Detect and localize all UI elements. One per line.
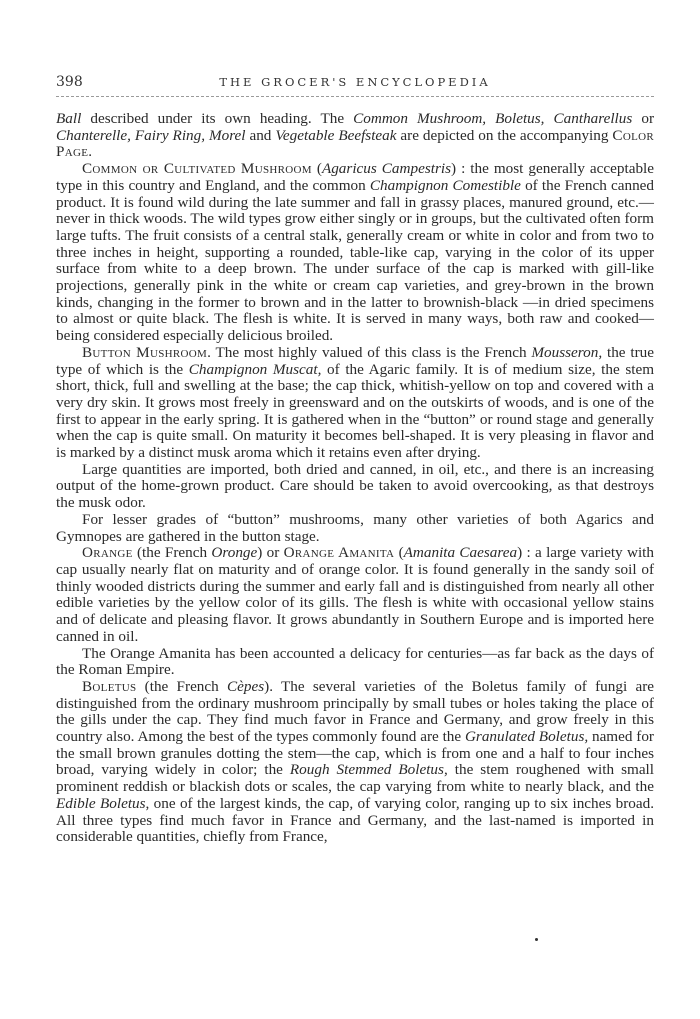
italic-term: Amanita Caesarea [404, 544, 517, 561]
italic-term: Cèpes [227, 678, 264, 695]
body-text: Ball described under its own heading. Th… [56, 111, 654, 846]
italic-term: Ball [56, 110, 81, 127]
entry-heading: Orange [82, 544, 133, 561]
running-title: THE GROCER'S ENCYCLOPEDIA [116, 75, 654, 89]
paragraph: Ball described under its own heading. Th… [56, 111, 654, 161]
paragraph: Orange (the French Oronge) or Orange Ama… [56, 545, 654, 645]
entry-heading: Orange Amanita [284, 544, 395, 561]
paragraph: For lesser grades of “button” mushrooms,… [56, 512, 654, 545]
italic-term: Oronge [211, 544, 257, 561]
entry-heading: Button Mushroom [82, 344, 207, 361]
italic-term: Champignon Muscat, [189, 361, 322, 378]
page-number: 398 [56, 74, 116, 90]
italic-term: Champignon Comestible [370, 177, 521, 194]
italic-term: Mousseron, [531, 344, 602, 361]
running-head: 398 THE GROCER'S ENCYCLOPEDIA [56, 74, 654, 94]
paragraph: Large quantities are imported, both drie… [56, 462, 654, 512]
book-page: 398 THE GROCER'S ENCYCLOPEDIA Ball descr… [56, 74, 654, 846]
entry-heading: Boletus [82, 678, 136, 695]
italic-term: Agaricus Campestris [322, 160, 451, 177]
entry-heading: Common or Cultivated Mushroom [82, 160, 312, 177]
italic-term: Edible Boletus [56, 795, 146, 812]
paragraph: Boletus (the French Cèpes). The several … [56, 679, 654, 846]
italic-term: Chanterelle, Fairy Ring, Morel [56, 127, 246, 144]
italic-term: Vegetable Beefsteak [275, 127, 396, 144]
italic-term: Rough Stemmed Boletus [290, 761, 444, 778]
print-speck [535, 938, 538, 941]
paragraph: Button Mushroom. The most highly valued … [56, 345, 654, 462]
italic-term: Common Mushroom, Boletus, Cantharellus [353, 110, 632, 127]
italic-term: Granulated Boletus, [465, 728, 588, 745]
paragraph: Common or Cultivated Mushroom (Agaricus … [56, 161, 654, 345]
paragraph: The Orange Amanita has been accounted a … [56, 646, 654, 679]
header-rule [56, 96, 654, 97]
